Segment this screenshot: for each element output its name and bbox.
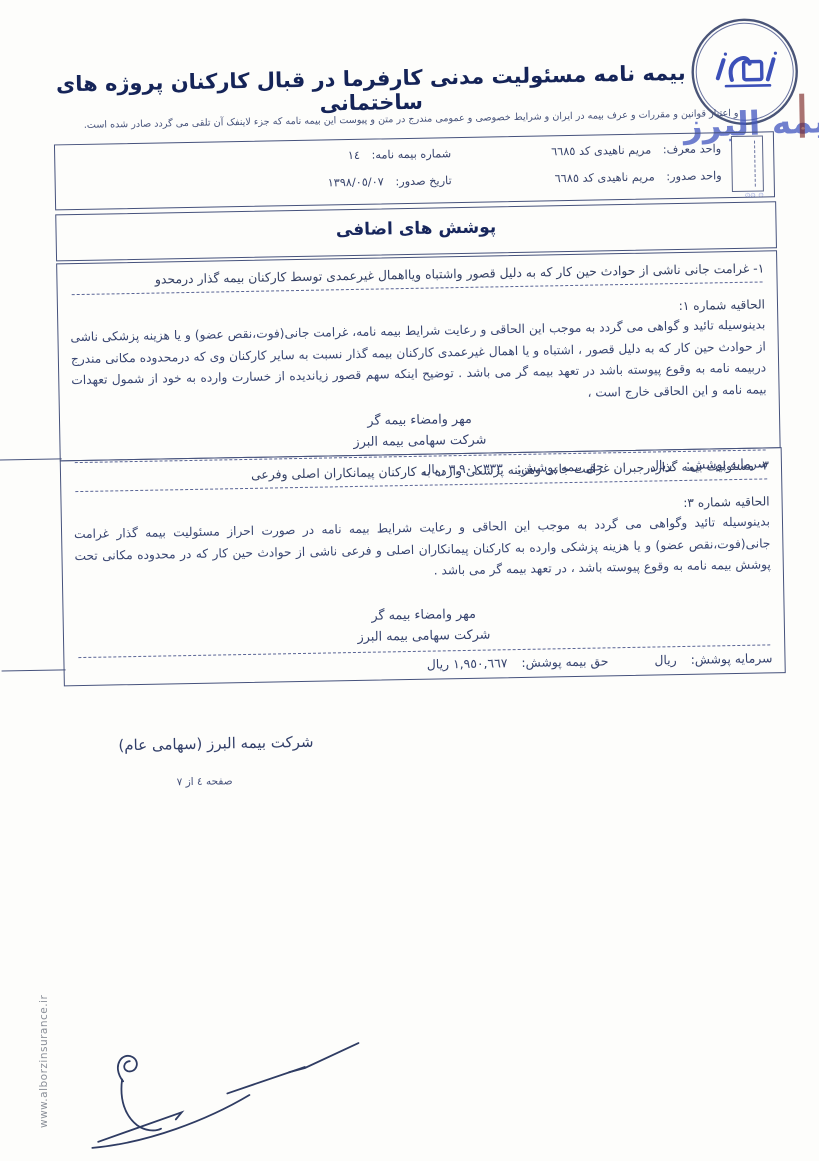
coverage3-item-line: ٣- مسئولیت بیمه گذاردرجبران غرامت جانی و… xyxy=(73,455,769,487)
handwritten-signature xyxy=(76,1018,409,1161)
endorsement-3-body: بدینوسیله تائید وگواهی می گردد به موجب ا… xyxy=(74,511,771,588)
premium-field: حق بیمه پوشش: ١,٩٥٠,٦٦٧ ریال xyxy=(427,653,609,671)
issuing-unit-label: واحد صدور: xyxy=(666,169,722,183)
referring-unit-label: واحد معرف: xyxy=(663,142,722,156)
attachment-stamp-box xyxy=(731,135,764,192)
attachment-stamp-lines xyxy=(754,141,756,187)
footer-page-number: صفحه ٤ از ٧ xyxy=(150,775,260,789)
scan-content: بیمه نامه مسئولیت مدنی کارفرما در قبال ک… xyxy=(0,0,819,1161)
policy-header-table: واحد معرف: مریم ناهیدی کد ٦٦٨٥ واحد صدور… xyxy=(54,131,775,210)
endorsement-1-body: بدینوسیله تائید و گواهی می گردد به موجب … xyxy=(70,314,766,413)
ruled-line-segment xyxy=(2,669,66,671)
issuing-unit-field: واحد صدور: مریم ناهیدی کد ٦٦٨٥ xyxy=(555,169,722,185)
website-url: www.alborzinsurance.ir xyxy=(38,995,50,1128)
endorsement-1: الحاقیه شماره ١: بدینوسیله تائید و گواهی… xyxy=(70,294,767,413)
issue-date-value: ١٣٩٨/٠٥/٠٧ xyxy=(328,175,384,189)
scan-edge-artifact xyxy=(799,94,805,138)
coverage-block-1: ١- غرامت جانی ناشی از حوادث حین کار که ب… xyxy=(56,250,781,461)
issue-date-field: تاریخ صدور: ١٣٩٨/٠٥/٠٧ xyxy=(328,174,452,189)
endorsement-3: الحاقیه شماره ٣: بدینوسیله تائید وگواهی … xyxy=(74,491,771,588)
referring-unit-field: واحد معرف: مریم ناهیدی کد ٦٦٨٥ xyxy=(551,142,721,158)
section-heading: پوشش های اضافی xyxy=(56,212,775,245)
premium-label: حق بیمه پوشش: xyxy=(521,653,608,670)
capital-field: سرمایه پوشش: ریال xyxy=(654,650,772,667)
policy-number-value: ١٤ xyxy=(348,149,360,162)
issuing-unit-value: مریم ناهیدی کد ٦٦٨٥ xyxy=(555,170,655,185)
scanned-insurance-document: بیمه نامه مسئولیت مدنی کارفرما در قبال ک… xyxy=(0,0,819,1161)
coverage1-item-line: ١- غرامت جانی ناشی از حوادث حین کار که ب… xyxy=(69,258,764,290)
premium-value: ١,٩٥٠,٦٦٧ ریال xyxy=(427,655,508,671)
capital-value: ریال xyxy=(654,652,676,667)
policy-number-label: شماره بیمه نامه: xyxy=(371,147,451,161)
capital-label: سرمایه پوشش: xyxy=(690,650,772,666)
referring-unit-value: مریم ناهیدی کد ٦٦٨٥ xyxy=(551,143,651,158)
coverage-block-3: ٣- مسئولیت بیمه گذاردرجبران غرامت جانی و… xyxy=(60,447,786,686)
footer-company-name: شرکت بیمه البرز (سهامی عام) xyxy=(91,732,341,755)
policy-number-field: شماره بیمه نامه: ١٤ xyxy=(348,147,452,162)
issue-date-label: تاریخ صدور: xyxy=(395,174,452,188)
ruled-line-segment xyxy=(0,458,62,460)
